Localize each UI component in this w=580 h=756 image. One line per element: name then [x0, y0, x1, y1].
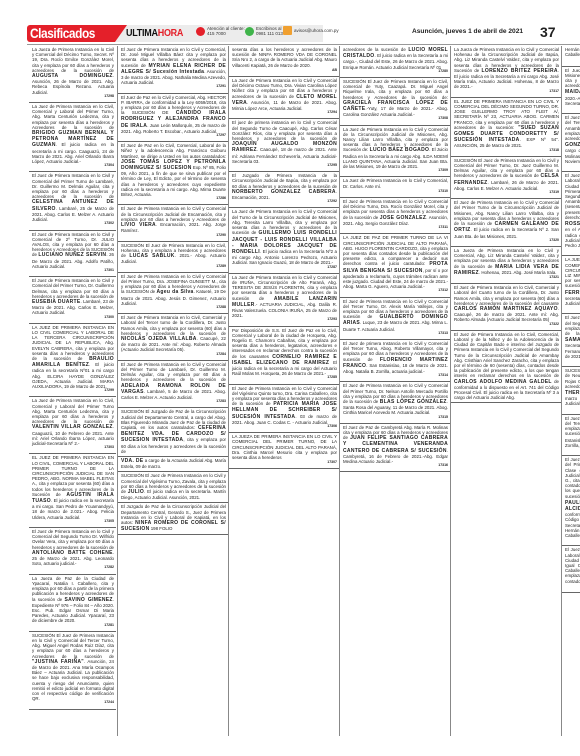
- classified-ad: Por Disposición de S.S. El Juez de Paz e…: [229, 327, 339, 385]
- classified-ad: LA JUEZ DE PAZ DE PRIMER TURNO DE LA VI …: [340, 234, 450, 297]
- classified-ad: SUCESIÓN El Juzgado de Paz de la Circuns…: [118, 408, 228, 457]
- ad-body: El Juez de Primera Instancia en lo Civil…: [32, 173, 114, 199]
- section-title: Clasificados: [30, 25, 95, 42]
- classified-ad: El Juez de primera Instancia en lo Civil…: [340, 340, 450, 382]
- classified-ad: El Juez de Primera Instancia en lo Civil…: [340, 198, 450, 234]
- classified-ad: El Juez de Primera Instancia en lo Civil…: [451, 199, 561, 247]
- ad-body: sesenta días a los herederos y acreedore…: [232, 47, 337, 68]
- deceased-name: CARLOS RAMÓN MARTINEZ AQUAYO: [454, 306, 558, 312]
- ad-body: Hernán Gustavo Rodríguez Morinigo. Pedro…: [565, 47, 580, 57]
- ad-body: El juez de primera instancia en lo Civil…: [232, 120, 337, 141]
- whatsapp-contact: Escribinos al0981 111 013: [245, 26, 283, 36]
- classified-ad: EL JUEZ DE PRIMERA INSTANCIA EN LO CIVIL…: [451, 98, 561, 157]
- ad-body: El Juez de Primera Instancia en lo Civil…: [121, 362, 226, 383]
- deceased-name: JUAN FELIPE SANTIAGO CABRERA Y CLEMENTIN…: [343, 435, 448, 453]
- classified-ad: VDA. DE a cargo de la Actuaria Judicial …: [118, 457, 228, 472]
- classified-ad: La Juez de Primera Instancia en lo Civil…: [229, 77, 339, 119]
- classified-ad: EL JUEZ DE PRIMERA INSTANCIA EN LO CIVIL…: [29, 454, 116, 528]
- classified-ad: El Juez de Primera Instancia en lo Civil…: [29, 528, 116, 575]
- ad-body: El Juez de Primera Instancia en lo Civil…: [565, 115, 580, 141]
- deceased-name: NICOLÁS OJEDA VILLALBA: [121, 336, 197, 342]
- ad-body: La Juez de Primera Instancia en lo Civil…: [343, 178, 448, 188]
- classified-ad: La Juez de Primera Instancia en lo Civil…: [340, 126, 450, 178]
- classified-ad: El Juez de Primera Instancia en lo Civil…: [118, 314, 228, 361]
- deceased-name: VDA. DE: [121, 458, 143, 464]
- classified-ad: El Juez de Primera Instancia en lo Civil…: [29, 277, 116, 324]
- column-2: El Juez de Primera Instancia en lo Civil…: [117, 46, 228, 736]
- deceased-name: LIVIO VIERA: [121, 222, 156, 228]
- classified-ad: La Juez de Primera Instancia en lo Civil…: [229, 274, 339, 327]
- deceased-name: VALENTIN VILLAR GONZALEZ: [32, 424, 113, 430]
- deceased-name: LUCIO BÁEZ BOGADO: [370, 147, 430, 153]
- classified-ad: El Juez de Primera Instancia en lo Civil…: [562, 456, 580, 546]
- classified-ad: SUCESIÓN El Juez de Primera Instancia en…: [340, 78, 450, 126]
- ad-code: AB: [565, 584, 580, 589]
- classified-ad: El Juzgado de Paz de la Circunscripción …: [118, 503, 228, 535]
- ad-body: El Juez de Primera Instancia en lo Civil…: [121, 315, 226, 336]
- classified-ad: SUCESIÓN El Juez de Primera Instancia en…: [451, 157, 561, 199]
- deceased-name: CARLOS ADOLFO MEDINA GALDEL: [454, 379, 552, 385]
- classified-ad: El Juez de Primera Instancia en lo Civil…: [562, 114, 580, 172]
- classified-ad: Hernán Gustavo Rodríguez Morinigo. Pedro…: [562, 46, 580, 67]
- classified-ad: El Juez de Primera Instancia en lo Civil…: [340, 382, 450, 423]
- classified-ad: El Juez de Primera Instancia en lo Civil…: [562, 546, 580, 593]
- classified-ad: LA JUEZA DE PRIMERA INSTANCIA EN LO CIVI…: [229, 433, 339, 469]
- ad-code: 17244: [32, 700, 114, 705]
- classified-ad: El Juez de Primera Instancia en lo Civil…: [229, 385, 339, 434]
- classified-ad: El juez de primera instancia en lo Civil…: [229, 119, 339, 172]
- classified-ad: El Juez de Paz en lo Civil, Comercial, L…: [118, 142, 228, 205]
- classified-ad: La Jueza de Primera Instancia en lo Civi…: [451, 46, 561, 98]
- ad-code: 17293: [232, 317, 337, 322]
- ad-body: La Juez de Primera Instancia en lo Civil…: [32, 398, 114, 424]
- ad-body-end: . Asunción, 24 de Marzo de 2021. Ana Mar…: [32, 659, 114, 701]
- ad-code: 17284: [565, 57, 580, 62]
- classified-ad: La Jueza de Primera Instancia en lo Civi…: [451, 247, 561, 284]
- classified-ad: La Jueza de Primera Instancia en lo Civi…: [29, 46, 116, 103]
- column-3: sesenta días a los herederos y acreedore…: [228, 46, 339, 736]
- ad-body: El Juez de Primera Instancia en lo Civil…: [454, 332, 559, 379]
- ad-body-end: . Hohenau, 2021. Abg. José María Irala.: [479, 270, 557, 275]
- classifieds-columns: La Jueza de Primera Instancia en lo Civi…: [29, 46, 580, 756]
- ad-body: LA JUEZA DE PRIMERA INSTANCIA EN LO CIVI…: [232, 434, 337, 460]
- ad-code: 17307: [232, 460, 337, 465]
- phone-icon: [196, 27, 205, 36]
- classified-ad: El Juez de Primera Instancia en lo Civil…: [118, 361, 228, 409]
- deceased-name: "JUSTINA FARIÑA": [32, 659, 84, 665]
- classified-ad: El Juez de Primera Instancia en lo Civil…: [451, 331, 561, 404]
- ad-body: El Juez de primera Instancia en lo Civil…: [565, 416, 580, 437]
- column-1: La Jueza de Primera Instancia en lo Civi…: [29, 46, 116, 736]
- classified-ad: El Juez de Primera Instancia en lo Civil…: [340, 298, 450, 340]
- ad-body: El Juez de Primera Instancia en lo Civil…: [565, 457, 580, 498]
- classified-ad: El Juez de Primera Instancia en lo Civil…: [451, 284, 561, 331]
- classified-ad: El Juez de Paz de la Ciudad de San Patri…: [562, 67, 580, 115]
- deceased-name: NINFA ROMERO DE CORONEL S/ SUCESION: [121, 520, 226, 532]
- ad-body: El Juez de Paz en lo Civil, Comercial, L…: [121, 143, 226, 158]
- phone-contact: Atención al cliente:415 7000: [196, 26, 245, 36]
- ad-body: El Juez de Primera Instancia en lo Civil…: [32, 529, 114, 550]
- ad-body: El Juez de Primera Instancia en lo Civil…: [121, 206, 226, 221]
- classified-ad: La Juez de Primera Instancia en lo Civil…: [340, 177, 450, 198]
- ad-body: El Juzgado de Primera Instancia de la Ci…: [232, 173, 337, 188]
- ad-body: acreedores de la sucesión de: [343, 47, 408, 52]
- whatsapp-icon: [245, 27, 254, 36]
- newspaper-logo: ULTIMAHORA: [126, 26, 183, 41]
- classified-ad: El Juez de Primera Instancia en lo Civil…: [29, 172, 116, 230]
- classified-ad: El Juzgado de Primera Instancia de la Ci…: [229, 172, 339, 208]
- classified-ad: La Jueza de Paz de la Ciudad de Ypacaraí…: [29, 575, 116, 632]
- ad-body: El Juez de Paz de la Ciudad de San Patri…: [565, 68, 580, 89]
- column-5: La Jueza de Primera Instancia en lo Civi…: [450, 46, 561, 736]
- ad-body: La Jueza de Primera Instancia en lo Civi…: [32, 47, 114, 73]
- classified-ad: El Juez de Primera Instancia en lo Civil…: [118, 46, 228, 94]
- classified-ad: El Juez de Primera Instancia en lo Civil…: [562, 314, 580, 367]
- classified-ad: El Juez de Paz en lo Civil y Comercial, …: [118, 94, 228, 143]
- classified-ad: sesenta días a los herederos y acreedore…: [229, 46, 339, 77]
- classified-ad: SUCESIÓN El Juez de Primera Instancia en…: [118, 472, 228, 503]
- classified-ad: SUCESIÓN El Juez de Primera Instancia en…: [118, 242, 228, 273]
- ad-code: AB: [232, 68, 337, 73]
- page-header: Clasificados ULTIMAHORA Atención al clie…: [0, 22, 580, 44]
- classified-ad: La Juez de Primera Instancia en lo Civil…: [229, 208, 339, 273]
- column-6-partial: Hernán Gustavo Rodríguez Morinigo. Pedro…: [561, 46, 580, 736]
- classified-ad: La Juez de Primera Instancia en lo Civil…: [29, 397, 116, 454]
- classified-ad: acreedores de la sucesión de LUCIO MOREL…: [340, 46, 450, 78]
- ad-body: SUCESIÓN El Juez de Primera Instancia en…: [32, 633, 114, 659]
- classified-ad: SUCESIÓN El Juez de Primera Instancia Mu…: [562, 367, 580, 415]
- classified-ad: El Juez de Primera Instancia en lo Civil…: [29, 231, 116, 278]
- deceased-name: LORENZO BRITEZ PEREIRA: [482, 68, 558, 74]
- ad-body: SUCESIÓN El Juez de Primera Instancia Mu…: [565, 368, 580, 389]
- classified-ad: El Juez de primera Instancia en lo Civil…: [562, 415, 580, 456]
- deceased-name: NORBERTO GONZALEZ CABRERA: [232, 189, 336, 195]
- page-number: 37: [540, 24, 556, 40]
- ad-body-end: 198 FOLIO: [150, 526, 173, 531]
- ad-body: EL JUEZ DE PRIMERA INSTANCIA EN LO CIVIL…: [32, 455, 114, 496]
- deceased-name: EUSEBIA DUARTE: [32, 299, 81, 305]
- ad-body: El Juez de Primera Instancia en lo Civil…: [565, 315, 580, 336]
- ad-body: El Juez de Primera Instancia en lo Civil…: [565, 173, 580, 220]
- ad-body: SUCESIÓN El Juez de Primera Instancia en…: [343, 79, 448, 100]
- deceased-name: LUCAS SABLUK: [129, 253, 174, 259]
- classified-ad: El Juez de Primera Instancia en lo Civil…: [118, 205, 228, 241]
- deceased-name: ANTOLIANO BATTE COHENE: [32, 550, 113, 556]
- email-contact: avisos@uhora.com.py: [283, 26, 339, 35]
- issue-date: Asunción, jueves 1 de abril de 2021: [412, 28, 523, 35]
- envelope-icon: [283, 26, 292, 35]
- ad-body: El Juez de Primera Instancia en lo Civil…: [454, 285, 559, 306]
- classified-ad: La Juez de Primera Instancia en lo Civil…: [29, 103, 116, 172]
- classified-ad: El Juez de Paz de Cambyretá Abg. María R…: [340, 424, 450, 473]
- classified-ad: LA JUEZ DE PRIMERA INSTANCIA EN LO CIVIL…: [29, 324, 116, 398]
- header-divider: [27, 44, 580, 45]
- deceased-name: Ageu da Silva: [157, 289, 194, 295]
- deceased-name: JOSE GONZALEZ: [380, 215, 426, 221]
- classified-ad: SUCESIÓN El Juez de Primera Instancia en…: [29, 632, 116, 710]
- deceased-name: SAVINO GIMENEZ: [65, 597, 113, 603]
- deceased-name: AUGUSTA DOMINGUEZ: [32, 73, 113, 79]
- ad-body: LA JUEZA DE PRIMERA INSTANCIA EN LO CIVI…: [565, 257, 580, 288]
- deceased-name: BLAS LÓPEZ GONZÁLEZ: [380, 399, 447, 405]
- deceased-name: JULIO: [128, 489, 144, 495]
- ad-body: El Juez de Primera Instancia en lo Civil…: [565, 547, 580, 583]
- ad-body: La Juez de Primera Instancia en lo Civil…: [32, 104, 114, 130]
- ad-body: El Juez de Primera Instancia en lo Civil…: [32, 278, 114, 299]
- deceased-name: LUCIANO NUÑEZ SERVIN: [38, 252, 106, 258]
- classified-ad: LA JUEZA DE PRIMERA INSTANCIA EN LO CIVI…: [562, 256, 580, 314]
- column-4: acreedores de la sucesión de LUCIO MOREL…: [339, 46, 450, 736]
- classified-ad: El Juez de Primera Instancia en lo Civil…: [118, 273, 228, 314]
- ad-code: 17310: [343, 189, 448, 194]
- classified-ad: El Juez de Primera Instancia en lo Civil…: [562, 172, 580, 256]
